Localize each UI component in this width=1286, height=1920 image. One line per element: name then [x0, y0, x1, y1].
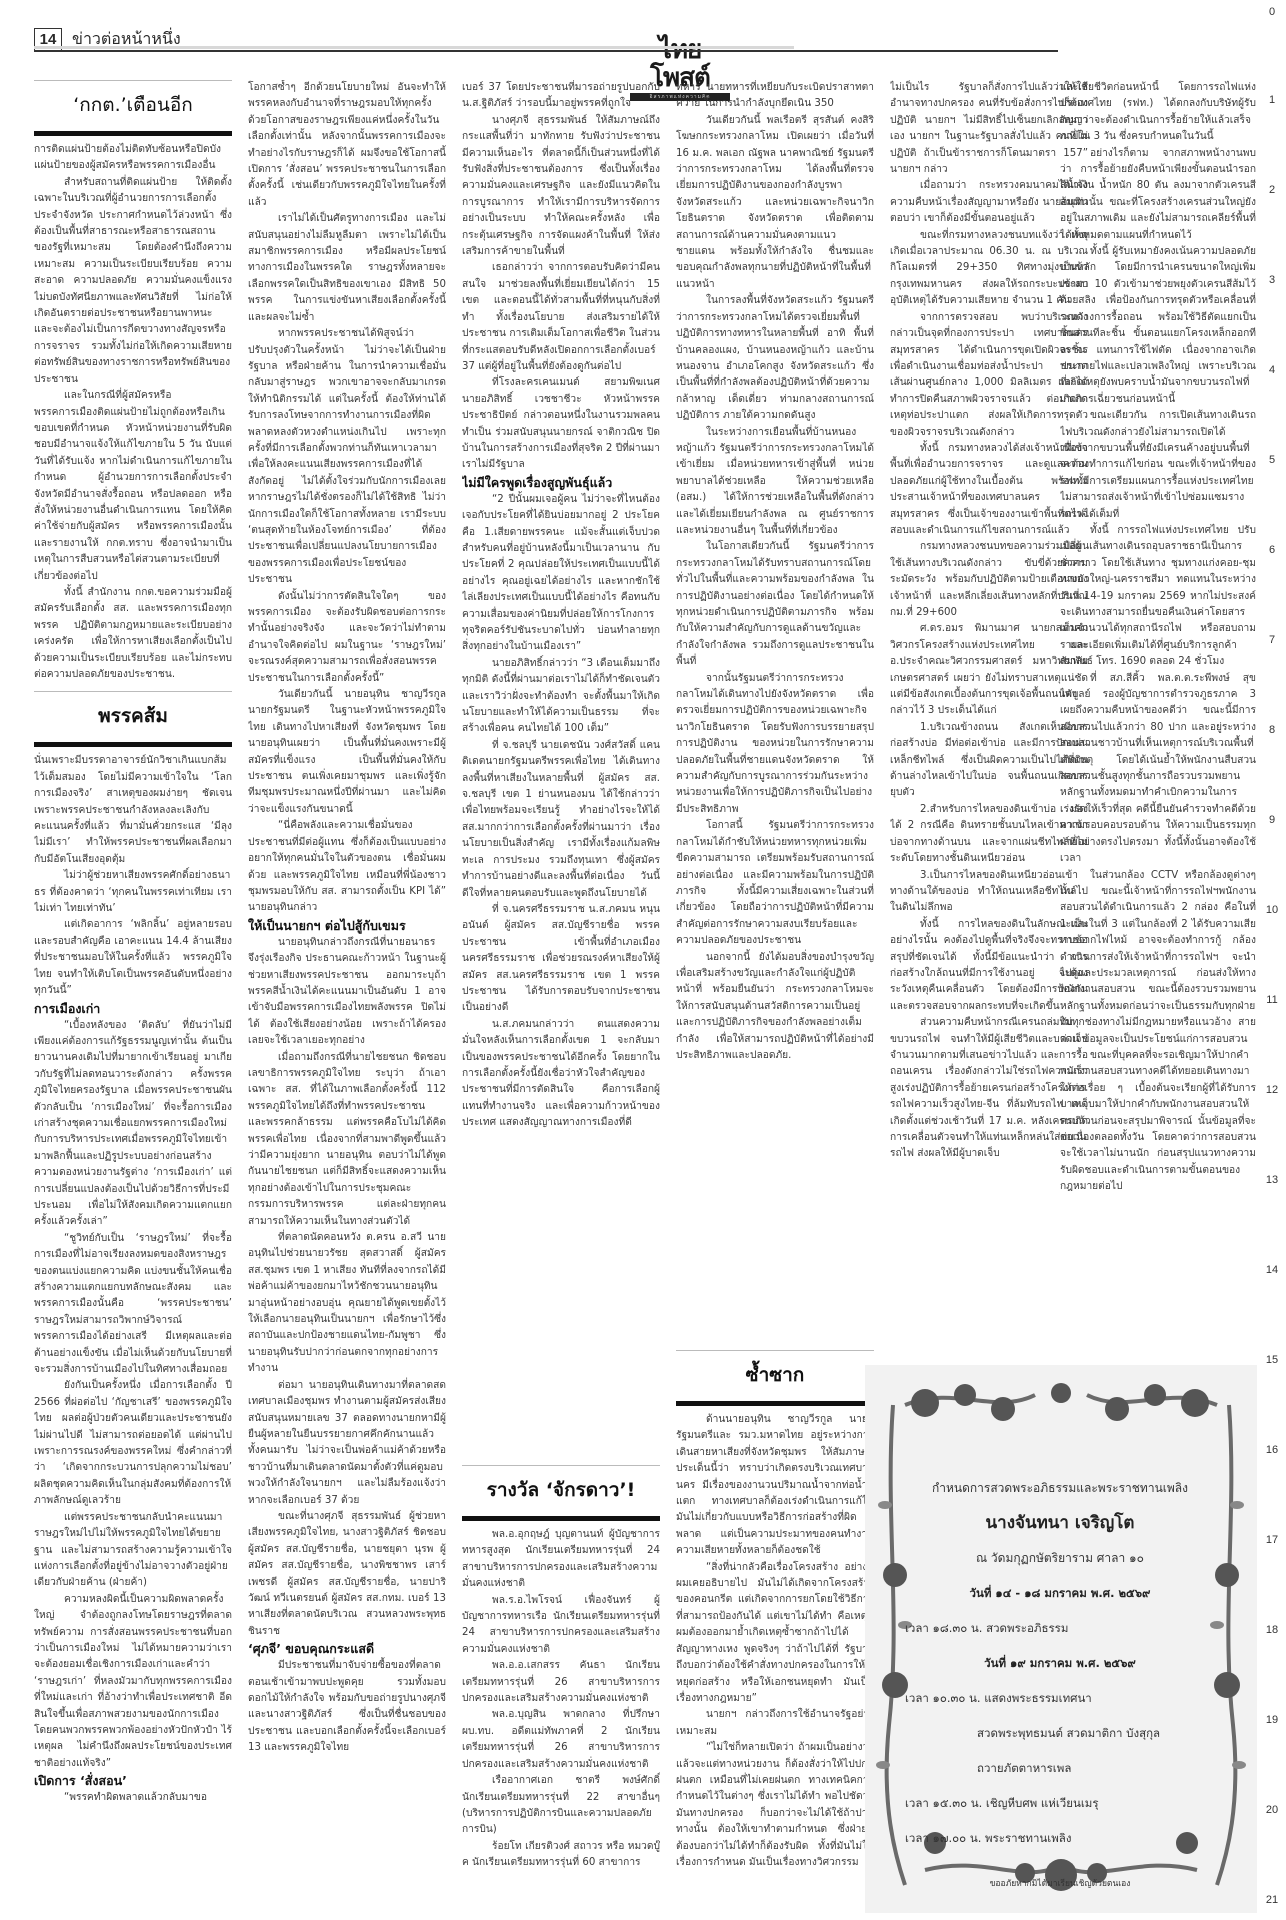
column-5: ไม่เป็นไร รัฐบาลก็สั่งการไปแล้วว่าให้ใช้…: [890, 80, 1088, 1345]
ad-deceased-name: นางจันทนา เจริญโต: [905, 1515, 1215, 1531]
paragraph: พล.อ.อุกฤษฎ์ บุญตานนท์ ผู้บัญชาการทหารสู…: [462, 1527, 660, 1593]
ruler-number: 16: [1262, 1444, 1282, 1456]
paragraph: แต่เกิดอาการ ‘พลิกลิ้น’ อยู่หลายรอบ และร…: [34, 917, 232, 999]
ruler-number: 20: [1262, 1804, 1282, 1816]
paragraph: และเสียชีวิตก่อนหน้านี้ โดยการรถไฟแห่งปร…: [1060, 80, 1256, 146]
paragraph: นอกจากนี้ ยังได้มอบสิ่งของบำรุงขวัญ เพื่…: [676, 950, 874, 1065]
paragraph: ศ.ดร.อมร พิมานมาศ นายกสมาคมวิศวกรโครงสร้…: [890, 621, 1088, 719]
paragraph: “ไม่ใช่ก็ทลายเปิดว่า ถ้าผมเป็นอย่างว่าแล…: [676, 1740, 874, 1871]
paragraph: เธอกล่าวว่า จากการตอบรับคิดว่ามีคนสนใจ ม…: [462, 260, 660, 375]
subheading: ‘ศุภจี’ ขอบคุณกระแสดี: [248, 1640, 446, 1658]
paragraph: ในส่วนกล้อง CCTV หรือกล้องดูต่างๆ นั้น ข…: [1060, 868, 1256, 1048]
subheading: การเมืองเก่า: [34, 1000, 232, 1018]
ad-schedule-item: เวลา ๑๕.๓๐ น. เชิญหีบศพ แห่เวียนเมรุ: [905, 1795, 1215, 1811]
paragraph: โอกาสนี้ รัฐมนตรีว่าการกระทรวงกลาโหมได้ก…: [676, 818, 874, 949]
paragraph: ทั้งนี้ สำนักงาน กกต.ขอความร่วมมือผู้สมั…: [34, 585, 232, 683]
paragraph: เราไม่ได้เป็นศัตรูทางการเมือง และไม่สนับ…: [248, 211, 446, 326]
paragraph: สำหรับสถานที่ติดแผ่นป้าย ให้ติดตั้งเฉพาะ…: [34, 175, 232, 388]
paragraph: หากพรรคประชาชนได้พิสูจน์ว่าปรับปรุงตัวใน…: [248, 326, 446, 589]
ruler-number: 0: [1262, 6, 1282, 18]
ruler-number: 17: [1262, 1534, 1282, 1546]
ad-schedule-item: เวลา ๑๐.๓๐ น. แสดงพระธรรมเทศนา: [905, 1690, 1215, 1706]
paragraph: จากนั้นรัฐมนตรีว่าการกระทรวงกลาโหมได้เดิ…: [676, 671, 874, 819]
paragraph: ในการลงพื้นที่จังหวัดสระแก้ว รัฐมนตรีว่า…: [676, 293, 874, 424]
paragraph: ส่วนความคืบหน้ากรณีเครนถล่มทับขบวนรถไฟ จ…: [890, 1015, 1088, 1163]
paragraph: ในโอกาสเดียวกันนี้ รัฐมนตรีว่าการกระทรวง…: [676, 539, 874, 670]
column-4-repeat: ซ้ำซาก ด้านนายอนุทิน ชาญวีรกูล นายกรัฐมน…: [676, 1350, 874, 1915]
paragraph: ขณะที่นางศุภจี สุธรรมพันธ์ ผู้ช่วยหาเสีย…: [248, 1509, 446, 1640]
paragraph: ด้านนายอนุทิน ชาญวีรกูล นายกรัฐมนตรีและ …: [676, 1412, 874, 1560]
ad-heading: กำหนดการสวดพระอภิธรรมและพระราชทานเพลิง: [905, 1480, 1215, 1496]
paragraph: พล.อ.บุญสิน พาดกลาง ที่ปรึกษา ผบ.ทบ. อดี…: [462, 1707, 660, 1773]
paragraph: พล.ร.อ.ไพโรจน์ เฟื่องจันทร์ ผู้บัญชาการท…: [462, 1593, 660, 1659]
paragraph: เมื่อถามว่า กระทรวงคมนาคมได้แจ้งความคืบห…: [890, 178, 1088, 227]
ad-schedule-item: ถวายภัตตาหารเพล: [905, 1760, 1215, 1776]
paragraph: ทั้งนี้ กรมทางหลวงได้ส่งเจ้าหน้าที่เข้าพ…: [890, 441, 1088, 539]
paragraph: เรืออากาศเอก ชาตรี พงษ์ศักดิ์ นักเรียนเต…: [462, 1773, 660, 1839]
paragraph: “นี่คือพลังและความเชื่อมั่นของประชาชนที่…: [248, 818, 446, 916]
article-title-orange: พรรคส้ม: [34, 692, 232, 747]
ad-schedule-item: เวลา ๑๗.๐๐ น. พระราชทานเพลิง: [905, 1830, 1215, 1846]
paragraph: นางศุภจี สุธรรมพันธ์ ให้สัมภาษณ์ถึงกระแส…: [462, 113, 660, 261]
paragraph: ทั้งนี้ ผู้รับเหมายังคงเน้นความปลอดภัยเป…: [1060, 244, 1256, 408]
paragraph: น.ส.ภคมนกล่าวว่า ตนแสดงความมั่นใจหลังเห็…: [462, 1017, 660, 1132]
ruler-number: 11: [1262, 994, 1282, 1006]
paragraph: นายอนุทินกล่าวถึงกรณีที่นายอนาธร จึงรุ่ง…: [248, 935, 446, 1050]
paragraph: “สิ่งที่น่ากลัวคือเรื่องโครงสร้าง อย่างท…: [676, 1560, 874, 1708]
ad-schedule-item: เวลา ๑๘.๓๐ น. สวดพระอภิธรรม: [905, 1620, 1215, 1636]
paragraph: ทั้งนี้ การไหลของดินในลักษณะเป็นอย่างไรน…: [890, 917, 1088, 1015]
article-title-repeat: ซ้ำซาก: [676, 1350, 874, 1406]
column-1: ‘กกต.’เตือนอีก การติดแผ่นป้ายต้องไม่ติดท…: [34, 80, 232, 1915]
ruler-number: 18: [1262, 1624, 1282, 1636]
ruler-number: 7: [1262, 634, 1282, 646]
ruler-number: 5: [1262, 454, 1282, 466]
ruler-number: 15: [1262, 1354, 1282, 1366]
article-title-award: รางวัล ‘จักรดาว’!: [462, 1465, 660, 1521]
paragraph: ที่ตลาดนัดคอนหวัง ต.ครน อ.สวี นายอนุทินไ…: [248, 1230, 446, 1378]
paragraph: ยังกันเป็นครั้งหนึ่ง เมื่อการเลือกตั้ง ป…: [34, 1378, 232, 1509]
article-title-kkt: ‘กกต.’เตือนอีก: [34, 80, 232, 136]
paragraph: “เบื้องหลังของ ‘ติดลับ’ ที่ยันว่าไม่มีเพ…: [34, 1018, 232, 1231]
funeral-announcement-ad: กำหนดการสวดพระอภิธรรมและพระราชทานเพลิง น…: [865, 1365, 1257, 1913]
paragraph: ที่โรงละครเคนเมนต์ สยามพิฆเนศ นายอภิสิทธ…: [462, 375, 660, 473]
subheading: ไม่มีใครพูดเรื่องสูญพันธุ์แล้ว: [462, 474, 660, 492]
ad-schedule-item: สวดพระพุทธมนต์ สวดมาติกา บังสุกุล: [905, 1725, 1215, 1741]
column-4: ทหาร นายทหารที่เหยียบกับระเบิดปราสาทตาคว…: [676, 80, 874, 1355]
paragraph: ทหาร นายทหารที่เหยียบกับระเบิดปราสาทตาคว…: [676, 80, 874, 113]
column-3-award: รางวัล ‘จักรดาว’! พล.อ.อุกฤษฎ์ บุญตานนท์…: [462, 1465, 660, 1915]
column-6: และเสียชีวิตก่อนหน้านี้ โดยการรถไฟแห่งปร…: [1060, 80, 1256, 1345]
ruler-number: 8: [1262, 724, 1282, 736]
paragraph: นายกฯ กล่าวถึงการใช้อำนาจรัฐอย่างเหมาะสม: [676, 1707, 874, 1740]
ruler-number: 1: [1262, 94, 1282, 106]
paragraph: วันเดียวกันนี้ พลเรือตรี สุรสันต์ คงสิริ…: [676, 113, 874, 293]
ad-venue: ณ วัดมกุฏกษัตริยาราม ศาลา ๑๐: [905, 1550, 1215, 1566]
ruler-number: 13: [1262, 1174, 1282, 1186]
header-rule: [34, 50, 1058, 52]
paragraph: “2 ปีนั้นผมเจอผู้คน ไม่ว่าจะที่ไหนต้องเจ…: [462, 492, 660, 656]
paragraph: มีประชาชนที่มาจับจ่ายซื้อของที่ตลาดตอนเช…: [248, 1658, 446, 1756]
paragraph: เมื่อถามถึงกรณีที่นายไชยชนก ชิดชอบ เลขาธ…: [248, 1050, 446, 1230]
paragraph: ขณะที่กรมทางหลวงชนบทแจ้งว่า เหตุเกิดเมื่…: [890, 228, 1088, 310]
paragraph: วันเดียวกันนี้ นายอนุทิน ชาญวีรกูล นายกร…: [248, 687, 446, 818]
ruler-number: 6: [1262, 544, 1282, 556]
ruler-number: 12: [1262, 1084, 1282, 1096]
paragraph: 2.สำหรับการไหลของดินเข้าบ่อ มองได้ 2 กรณ…: [890, 802, 1088, 868]
paragraph: ที่ จ.ชลบุรี นายเดชนัน วงศ์สวัสดิ์ แคนดิ…: [462, 738, 660, 902]
ad-footer-note: ขออภัยหากมิได้มาเรียนเชิญด้วยตนเอง: [905, 1876, 1215, 1890]
ruler-number: 2: [1262, 184, 1282, 196]
paragraph: เบอร์ 37 โดยประชาชนที่มารอถ่ายรูปบอกกับ …: [462, 80, 660, 113]
paragraph: ที่ จ.นครศรีธรรมราช น.ส.ภคมน หนุนอนันต์ …: [462, 902, 660, 1017]
paragraph: ทั้งนี้ การรถไฟแห่งประเทศไทย ปรับเปลี่ยน…: [1060, 523, 1256, 671]
paragraph: และในกรณีที่ผู้สมัครหรือพรรคการเมืองติดแ…: [34, 388, 232, 585]
header-rule-light: [34, 46, 794, 49]
ruler-number: 3: [1262, 274, 1282, 286]
column-3: เบอร์ 37 โดยประชาชนที่มารอถ่ายรูปบอกกับ …: [462, 80, 660, 1465]
paragraph: นายอภิสิทธิ์กล่าวว่า “3 เดือนเต็มมาถึงทุ…: [462, 656, 660, 738]
paragraph: จากการตรวจสอบ พบว่าบริเวณดังกล่าวเป็นจุด…: [890, 310, 1088, 441]
paragraph: 3.เป็นการไหลของดินเหนียวอ่อนเข้าทางด้านใ…: [890, 868, 1088, 917]
paragraph: แต่พรรคประชาชนกลับนำคะแนนมาราษฎรใหม่ไปไม…: [34, 1510, 232, 1592]
paragraph: “ชูวิทย์กับเป็น ‘ราษฎรใหม่’ ที่จะรื้อการ…: [34, 1231, 232, 1379]
subheading: ให้เป็นนายกฯ ต่อไปสู้กับเขมร: [248, 917, 446, 935]
ruler-number: 14: [1262, 1264, 1282, 1276]
ruler-number: 19: [1262, 1714, 1282, 1726]
ruler-number: 4: [1262, 364, 1282, 376]
paragraph: ไม่ว่าผู้ช่วยหาเสียงพรรคศักดิ์อย่างธนาธร…: [34, 868, 232, 917]
paragraph: พล.อ.อ.เสกสรร คันธา นักเรียนเตรียมทหารรุ…: [462, 1658, 660, 1707]
paragraph: ความหลงผิดนี้เป็นความผิดพลาดครั้งใหญ่ จำ…: [34, 1592, 232, 1772]
ruler-number: 10: [1262, 904, 1282, 916]
subheading: เปิดการ ‘สั่งสอน’: [34, 1772, 232, 1790]
paragraph: นั่นเพราะมีบรรดาอาจารย์นักวิชาเกินแบกส้ม…: [34, 753, 232, 868]
paragraph: ขณะที่บุคคลที่จะรอเชิญมาให้ปากคำพนักงานส…: [1060, 1048, 1256, 1196]
ad-cremation-date: วันที่ ๑๙ มกราคม พ.ศ. ๒๕๖๙: [905, 1655, 1215, 1671]
paragraph: ขณะเดียวกัน การเปิดเส้นทางเดินรถไฟบริเวณ…: [1060, 408, 1256, 523]
ruler-number: 21: [1262, 1894, 1282, 1906]
paragraph: โอกาสซ้ำๆ อีกด้วยนโยบายใหม่ อันจะทำให้พร…: [248, 80, 446, 211]
paragraph: การติดแผ่นป้ายต้องไม่ติดทับซ้อนหรือปิดบั…: [34, 142, 232, 175]
paragraph: ไม่เป็นไร รัฐบาลก็สั่งการไปแล้วว่าให้ใช้…: [890, 80, 1088, 178]
paragraph: กรมทางหลวงชนบทขอความร่วมมือผู้ใช้เส้นทาง…: [890, 539, 1088, 621]
column-2: โอกาสซ้ำๆ อีกด้วยนโยบายใหม่ อันจะทำให้พร…: [248, 80, 446, 1915]
paragraph: ที่ สภ.สีคิ้ว พล.ต.ต.ระพีพงษ์ สุขไพบูลย์…: [1060, 671, 1256, 868]
paragraph: ร้อยโท เกียรติวงศ์ สถาวร หรือ หมวดบู๊ค น…: [462, 1839, 660, 1872]
paragraph: ในระหว่างการเยือนพื้นที่บ้านหนองหญ้าแก้ว…: [676, 425, 874, 540]
paragraph: 1.บริเวณข้างถนน สังเกตเห็นมีการก่อสร้างบ…: [890, 720, 1088, 802]
paragraph: ต่อมา นายอนุทินเดินทางมาที่ตลาดสดเทศบาลเ…: [248, 1378, 446, 1509]
ad-content: กำหนดการสวดพระอภิธรรมและพระราชทานเพลิง น…: [905, 1480, 1215, 1890]
ad-date-range: วันที่ ๑๔ - ๑๘ มกราคม พ.ศ. ๒๕๖๙: [905, 1585, 1215, 1601]
paragraph: อย่างไรก็ตาม จากสภาพหน้างานพบว่า การรื้อ…: [1060, 146, 1256, 244]
paragraph: ดังนั้นไม่ว่าการตัดสินใจใดๆ ของพรรคการเม…: [248, 589, 446, 687]
paragraph: “พรรคทำผิดพลาดแล้วกลับมาขอ: [34, 1790, 232, 1806]
ruler-number: 9: [1262, 814, 1282, 826]
